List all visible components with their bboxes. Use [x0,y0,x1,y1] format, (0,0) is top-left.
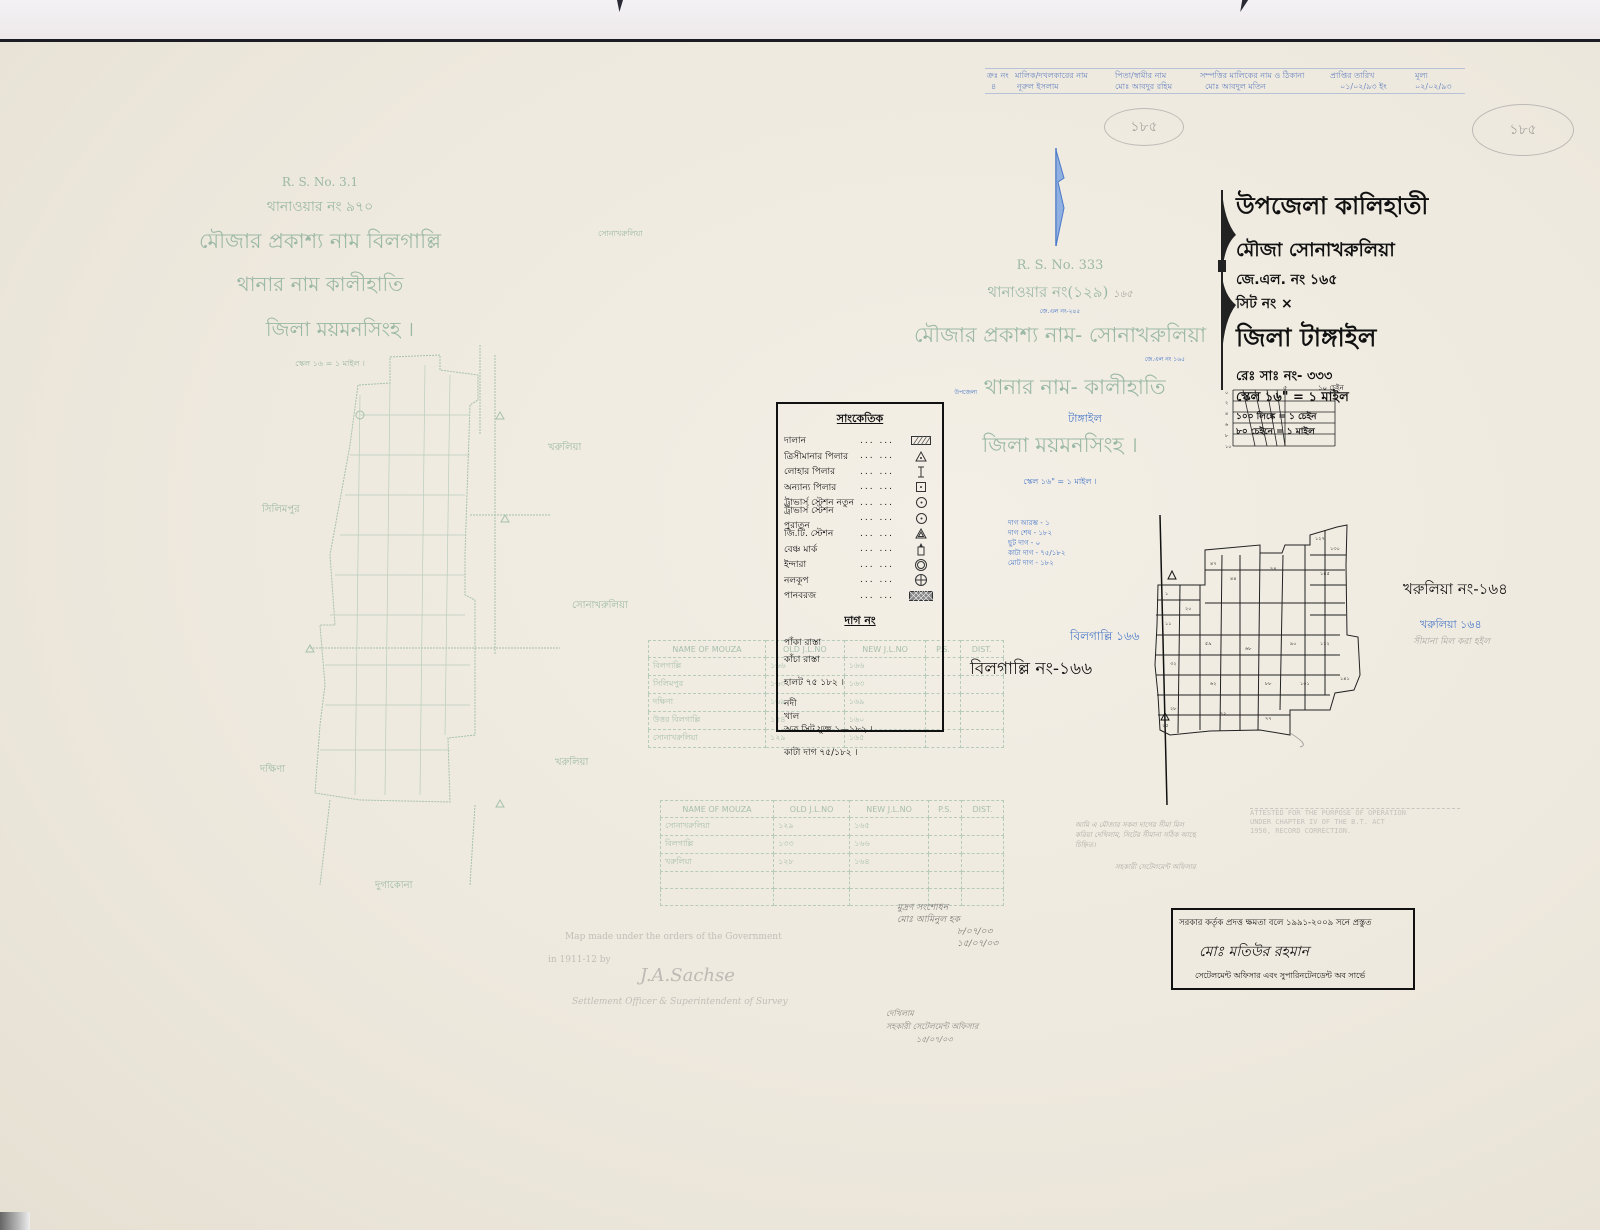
old-footer-line: in 1911-12 by [548,955,611,965]
legend-item: লোহার পিলার... ... [778,464,942,480]
jl-note-2: জে.এল নং ১৬৫ [895,354,1225,365]
neighbor-mauza-kharulia: খরুলিয়া নং-১৬৪ [1403,578,1508,603]
handwritten-correction-note: মুদ্রণ সংশোধন মোঃ আমিনুল হক ৮/০৭/০৩ ১৫/০… [897,902,998,950]
svg-text:০: ০ [1225,390,1228,396]
svg-text:৭৪: ৭৪ [1270,566,1277,572]
register-row: ক্রঃ নং মালিক/দখলকারের নাম পিতা/স্বামীর … [985,68,1465,94]
dag-summary-line: দাগ আরম্ভ - ১ [1008,518,1065,528]
legend-title: সাংকেতিক [778,410,942,429]
svg-text:৬২: ৬২ [1210,681,1217,687]
legend-item: নলকূপ... ... [778,573,942,589]
signature-box: সরকার কর্তৃক প্রদত্ত ক্ষমতা বলে ১৯৯১-২০০… [1171,908,1415,990]
upazila-name: উপজেলা কালিহাতী [1236,188,1428,228]
old-neighbor-label: খরুলিয়া [555,755,588,772]
old-neighbor-label: দুগাকোনা [375,878,413,895]
old-mauza-map [300,355,560,895]
register-value: মোঃ আবদুর রহিম [1115,81,1172,94]
old-neighbor-label: সিলিমপুর [262,502,300,519]
legend-item: জি.টি. স্টেশন... ... [778,526,942,542]
dag-summary-line: কাটা দাগ - ৭৫/১৮২ [1008,548,1065,558]
old-jl-table-2: NAME OF MOUZAOLD J.L.NONEW J.L.NOP.S.DIS… [660,800,1004,906]
old-neighbor-label: সোনাখরুলিয়া [572,598,628,615]
old-mauza-name: মৌজার প্রকাশ্য নাম- সোনাখরুলিয়া [895,319,1225,354]
legend-river: নদী [778,698,942,711]
iron-pillar-icon [910,466,932,478]
dag-heading: দাগ নং [778,612,942,631]
svg-text:১১২: ১১২ [1320,641,1330,647]
svg-text:২০: ২০ [1185,606,1192,612]
svg-text:৪৭: ৪৭ [1210,561,1217,567]
registration-mark-left [617,0,623,12]
svg-text:১৪৫: ১৪৫ [1320,571,1330,577]
thana-number-note: ১৬৫ [1113,289,1132,300]
scanner-margin [0,0,1600,40]
betel-garden-icon [910,591,932,601]
neighbor-note-bilgalli: বিলগাল্লি ১৬৬ [1070,628,1140,648]
old-thana-number: থানাওয়ার নং(১২৯) [987,283,1108,301]
bench-mark-icon [910,543,932,556]
old-scale: স্কেল ১৬" = ১ মাইল । [895,476,1225,489]
legend-item: ট্রাভার্স স্টেশন পুরাতন... ... [778,511,942,527]
neighbor-mauza-bilgalli: বিলগাল্লি নং-১৬৬ [970,656,1092,684]
old-thana-number-line: থানাওয়ার নং(১২৯) ১৬৫ [895,281,1225,306]
old-footer-line: Map made under the orders of the Governm… [565,932,782,942]
legend-item: অন্যান্য পিলার... ... [778,480,942,496]
circle-dot-icon [910,513,932,524]
circle-dot-icon [910,497,932,508]
svg-text:১৪১: ১৪১ [1340,676,1350,682]
legend-box: সাংকেতিক দালান... ... ত্রিসীমানার পিলার.… [776,402,944,732]
legend-item: দালান... ... [778,433,942,449]
old-thana-line: উপজেলা থানার নাম- কালীহাতি [895,371,1225,406]
svg-text:৪৪: ৪৪ [1230,576,1237,582]
register-value: মোঃ আবদুল মতিন [1205,81,1266,94]
svg-text:২৫: ২৫ [1162,723,1169,729]
officer-title: সেটেলমেন্ট অফিসার এবং সুপারিনটেনডেন্ট অব… [1173,964,1413,983]
legend-item: বেঞ্চ মার্ক... ... [778,542,942,558]
circled-number-left: ১৮৫ [1104,108,1184,146]
dag-summary-line: মোট দাগ - ১৮২ [1008,558,1065,568]
hatched-rectangle-icon [910,436,932,445]
dag-summary: দাগ আরম্ভ - ১ দাগ শেষ - ১৮২ ছুট দাগ - ০ … [1008,518,1065,568]
svg-text:৯০: ৯০ [1290,641,1297,647]
neighbor-note-kharulia: খরুলিয়া ১৬৪ [1420,616,1482,635]
svg-text:৮: ৮ [1225,433,1229,439]
legend-item: ইন্দারা... ... [778,557,942,573]
gt-station-icon [910,528,932,539]
legend-canal: খাল [778,711,942,724]
scan-shadow [0,1212,30,1230]
district-correction: টাঙ্গাইল [895,410,1225,429]
legend-item: পানবরজ... ... [778,588,942,604]
square-dot-icon [910,482,932,492]
old-thana-name: থানার নাম কালীহাতি [180,270,460,303]
svg-text:৭২: ৭২ [1220,711,1227,717]
svg-text:৮৮: ৮৮ [1265,681,1272,687]
legend-haltot: হালট ৭৫ ১৮২ । [778,675,942,692]
svg-text:২৮: ২৮ [1170,706,1177,712]
jl-number: জে.এল. নং ১৬৫ [1236,268,1428,292]
register-value: ৪ [991,81,996,94]
triangle-dot-icon [910,451,932,462]
svg-text:৫৯: ৫৯ [1205,641,1212,647]
registration-mark-right [1238,0,1248,12]
svg-text:১১: ১১ [1165,621,1172,627]
tubewell-icon [910,574,932,586]
svg-text:১২৭: ১২৭ [1315,536,1325,542]
svg-text:৬: ৬ [1225,422,1229,428]
old-mauza-name: মৌজার প্রকাশ্য নাম বিলগাল্লি [180,225,460,260]
svg-text:২: ২ [1225,400,1228,406]
register-value: ০১/০২/৯৩ ইং [1340,81,1387,94]
old-rs-number: R. S. No. 3.1 [180,175,460,189]
old-neighbor-label: খরুলিয়া [548,440,581,457]
north-arrow-icon [1050,148,1070,248]
legend-cut-dag: কাটা দাগ ৭৫/১৮২ । [778,745,942,762]
old-thana-number: থানাওয়ার নং ৯৭০ [180,195,460,219]
thana-correction: উপজেলা [954,389,977,396]
old-neighbor-label: দক্ষিণা [260,762,285,779]
legend-pucca-road: পাঁকা রাস্তা [778,635,942,652]
old-title-left: R. S. No. 3.1 থানাওয়ার নং ৯৭০ মৌজার প্র… [180,175,460,371]
old-thana-name: থানার নাম- কালীহাতি [984,375,1166,399]
mauza-name: মৌজা সোনাখরুলিয়া [1236,236,1428,268]
title-bracket-icon [1216,190,1236,390]
faded-stamp: ATTESTED FOR THE PURPOSE OF OPERATION UN… [1250,808,1460,845]
handwritten-boundary-note: আমি এ মৌজার সকল দাগের সীমা মিল করিয়া দে… [1075,820,1196,872]
boundary-verified-note: সীমানা মিল করা হইল [1413,634,1490,649]
old-footer-line: Settlement Officer & Superintendent of S… [572,997,788,1007]
handwritten-verification-note: দেখিলাম সহকারী সেটেলমেন্ট অফিসার ১৫/০৭/০… [886,1007,978,1046]
old-district: জিলা ময়মনসিংহ । [180,315,460,348]
dag-summary-line: দাগ শেষ - ১৮২ [1008,528,1065,538]
svg-text:৭৭: ৭৭ [1265,716,1272,722]
circled-number-right: ১৮৫ [1472,104,1574,156]
legend-kutcha-road: কাঁচা রাস্তা [778,652,942,669]
old-district: জিলা ময়মনসিংহ । [895,429,1225,464]
register-value: নূরুল ইসলাম [1017,81,1059,94]
jl-note: জে.এল নং-২৪৫ [895,306,1225,317]
old-rs-number: R. S. No. 333 [895,258,1225,273]
svg-text:১৩০: ১৩০ [1330,546,1340,552]
svg-text:১: ১ [1165,591,1168,597]
dag-summary-line: ছুট দাগ - ০ [1008,538,1065,548]
svg-text:১০: ১০ [1225,444,1232,450]
old-small-label: সোনাখরুলিয়া [598,228,643,241]
officer-signature: মোঃ মতিউর রহমান [1173,930,1413,964]
old-title-center: R. S. No. 333 থানাওয়ার নং(১২৯) ১৬৫ জে.এ… [895,258,1225,489]
svg-text:১০১: ১০১ [1300,681,1310,687]
cadastral-map: ১২০৪৭৪৪ ৭৪১২৭১৩০১৪৫ ১১৫৯৬৮৯০ ১১২৩২৬২৮৮ ১… [1140,515,1400,815]
old-signature: J.A.Sachse [640,965,735,986]
svg-text:৬৮: ৬৮ [1245,646,1252,652]
signature-box-heading: সরকার কর্তৃক প্রদত্ত ক্ষমতা বলে ১৯৯১-২০০… [1173,910,1413,930]
svg-text:৪: ৪ [1225,411,1228,417]
diagonal-scale-bar-icon: ০২৪৬৮১০ [1225,390,1335,450]
legend-other-sheet: অত্র সিট যুক্ত ১—১৮২ । [778,724,942,737]
register-value: ০২/০২/৯৩ [1415,81,1452,94]
well-icon [910,559,932,571]
sheet-number: সিট নং × [1236,292,1428,316]
svg-text:৩২: ৩২ [1170,661,1177,667]
legend-item: ত্রিসীমানার পিলার... ... [778,449,942,465]
district-name: জিলা টাঙ্গাইল [1236,318,1428,361]
